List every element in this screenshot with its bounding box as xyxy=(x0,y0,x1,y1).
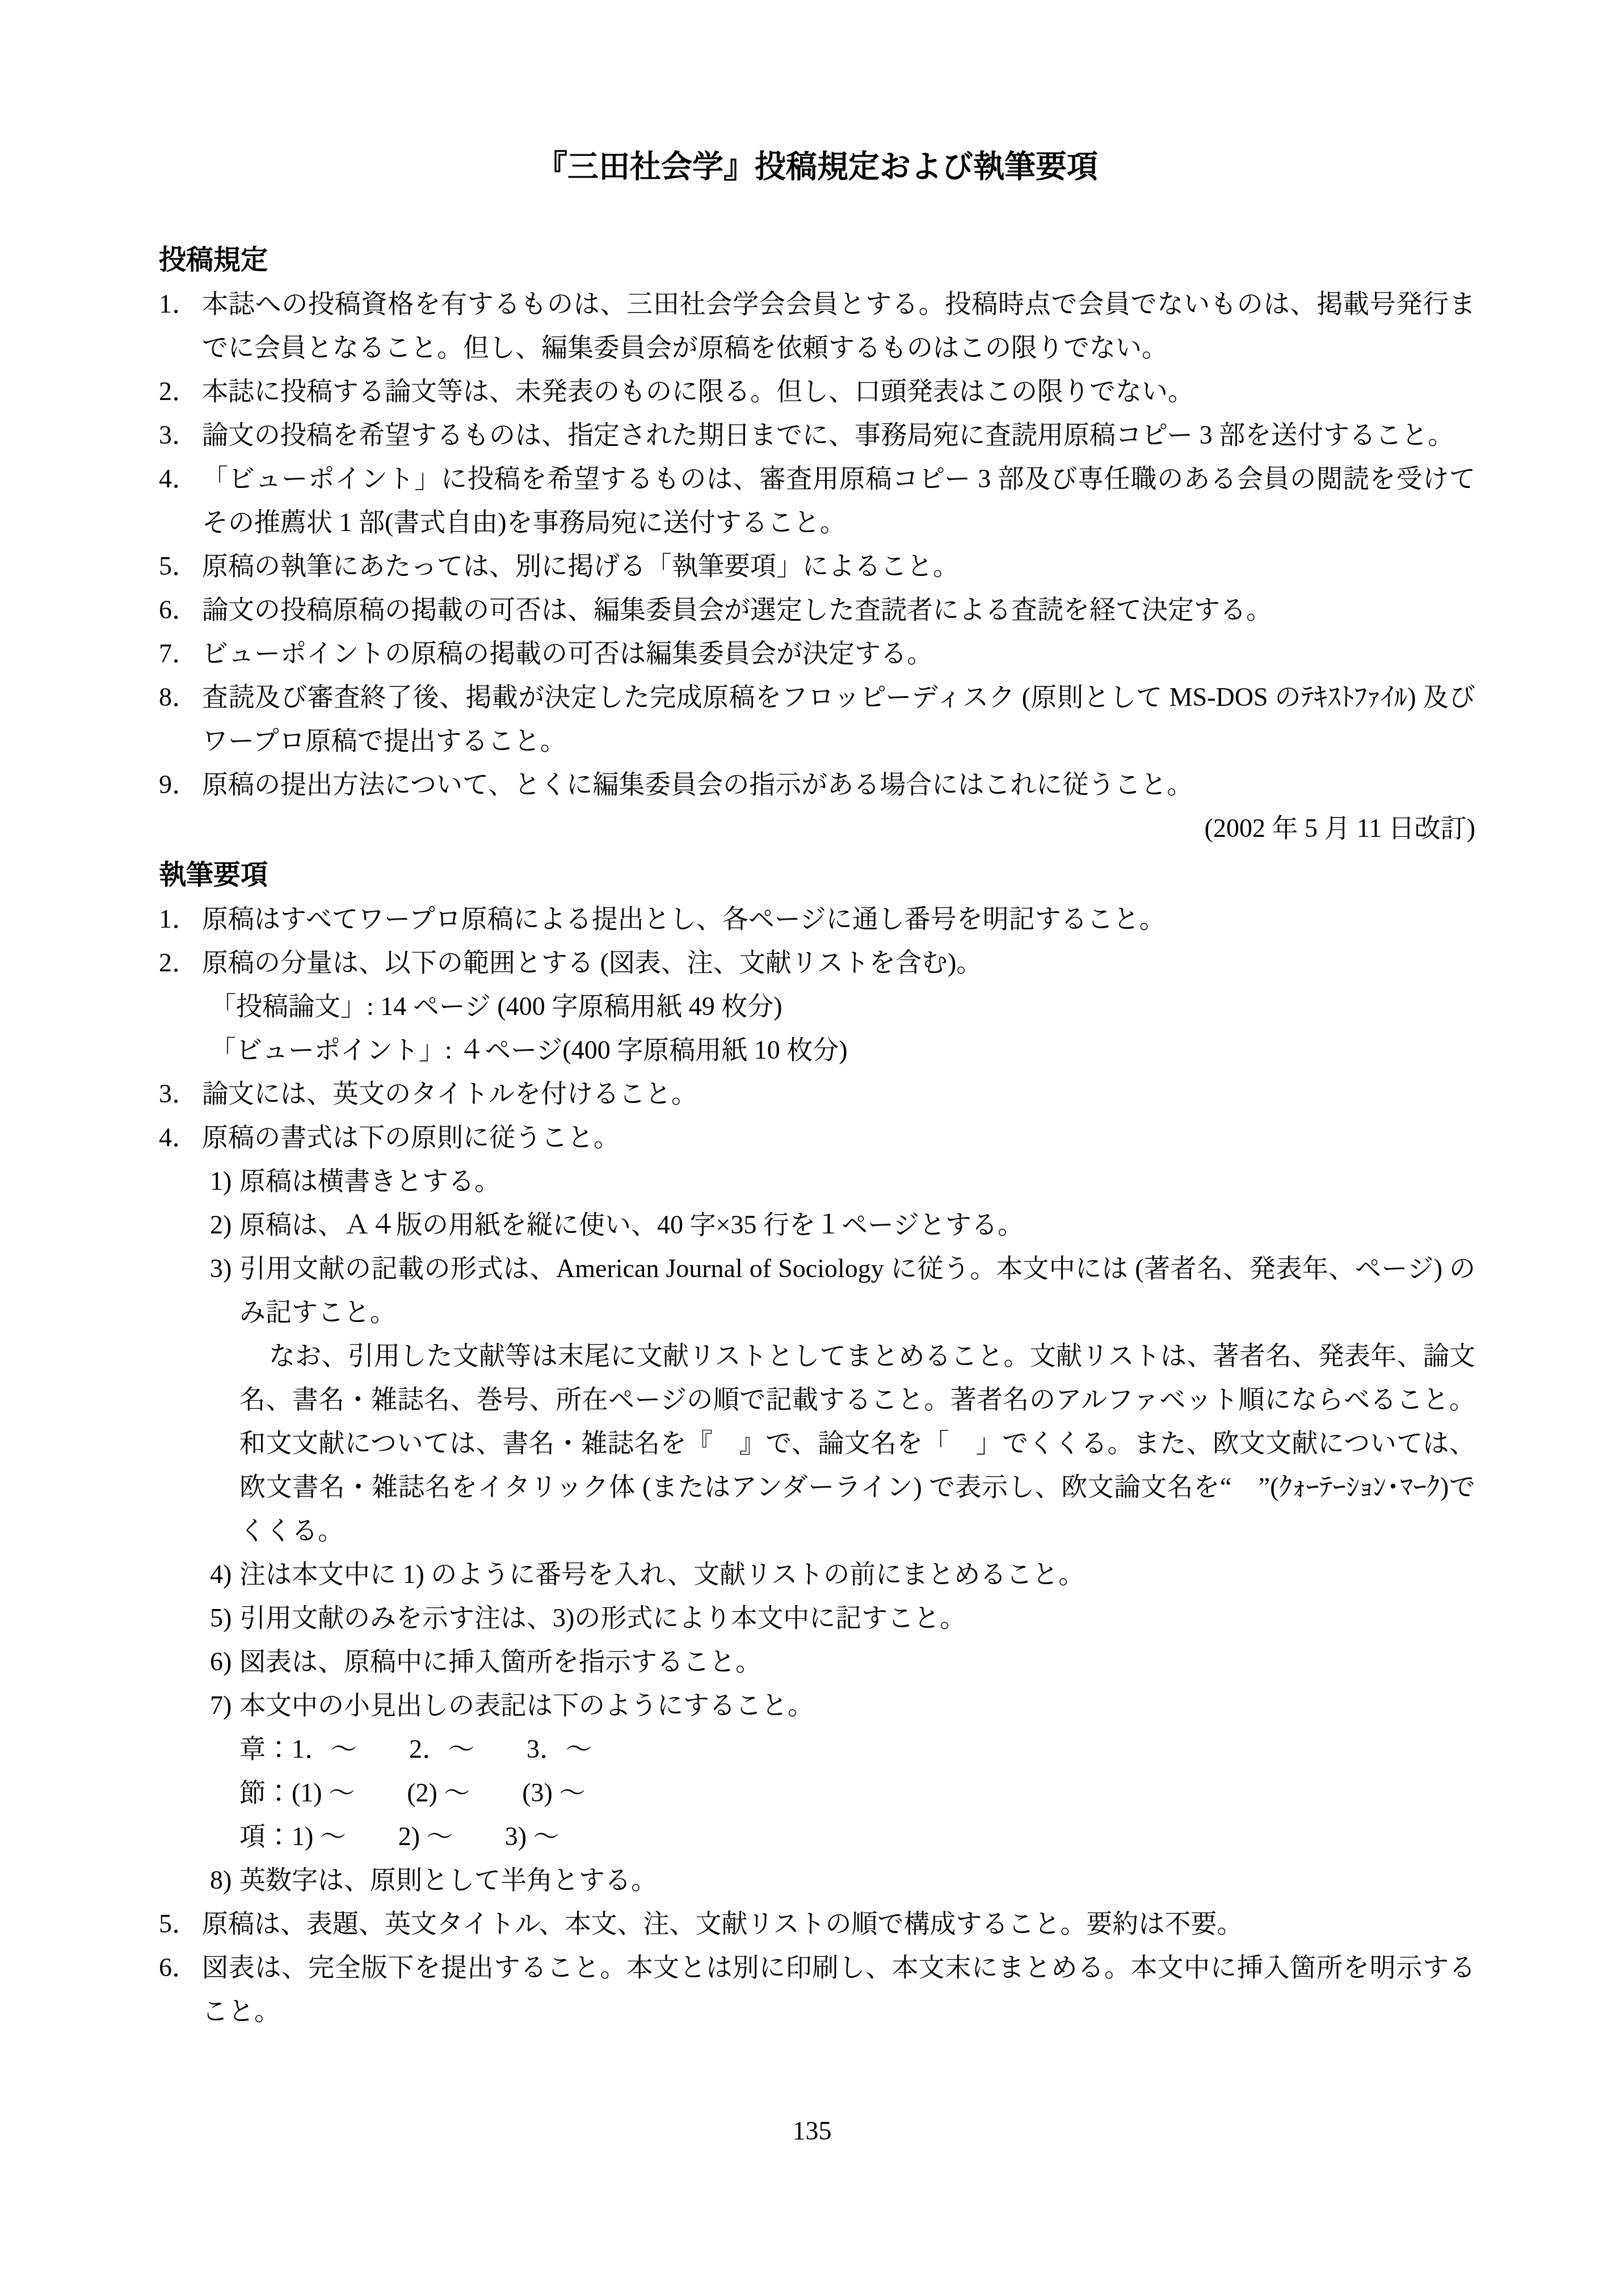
list-item: 4． 「ビューポイント」に投稿を希望するものは、審査用原稿コピー 3 部及び専任… xyxy=(159,457,1475,544)
section-submission-rules: 投稿規定 1． 本誌への投稿資格を有するものは、三田社会学会会員とする。投稿時点… xyxy=(159,238,1475,850)
item-number: 9． xyxy=(159,763,198,806)
item-text: 原稿はすべてワープロ原稿による提出とし、各ページに通し番号を明記すること。 xyxy=(202,904,1166,933)
item-text: ビューポイントの原稿の掲載の可否は編集委員会が決定する。 xyxy=(202,639,933,668)
list-item: 2． 本誌に投稿する論文等は、未発表のものに限る。但し、口頭発表はこの限りでない… xyxy=(159,369,1475,413)
rule-number: 5) xyxy=(210,1596,232,1640)
list-item: 6． 論文の投稿原稿の掲載の可否は、編集委員会が選定した査読者による査読を経て決… xyxy=(159,588,1475,631)
item-number: 1． xyxy=(159,897,198,941)
item-number: 8． xyxy=(159,675,198,719)
item-text: 原稿の書式は下の原則に従うこと。 xyxy=(202,1123,620,1152)
rule-text: 原稿は、Ａ４版の用紙を縦に使い、40 字×35 行を１ページとする。 xyxy=(239,1210,1024,1239)
item-number: 4． xyxy=(159,1115,198,1159)
rule-number: 2) xyxy=(210,1203,232,1247)
rule-number: 8) xyxy=(210,1858,232,1902)
list-item: 5． 原稿は、表題、英文タイトル、本文、注、文献リストの順で構成すること。要約は… xyxy=(159,1902,1475,1946)
item-text: 本誌に投稿する論文等は、未発表のものに限る。但し、口頭発表はこの限りでない。 xyxy=(202,377,1194,406)
rule-number: 7) xyxy=(210,1683,232,1727)
item-number: 1． xyxy=(159,282,198,326)
page-number: 135 xyxy=(0,2114,1624,2148)
item-text: 原稿の提出方法について、とくに編集委員会の指示がある場合にはこれに従うこと。 xyxy=(202,770,1193,799)
item-number: 2． xyxy=(159,941,198,984)
item-text: 原稿の分量は、以下の範囲とする (図表、注、文献リストを含む)。 xyxy=(202,948,982,977)
manuscript-volume-line: 「ビューポイント」: ４ページ(400 字原稿用紙 10 枚分) xyxy=(210,1028,1475,1072)
list-item: 3． 論文には、英文のタイトルを付けること。 xyxy=(159,1072,1475,1115)
list-item: 1． 原稿はすべてワープロ原稿による提出とし、各ページに通し番号を明記すること。 xyxy=(159,897,1475,941)
rule-text: 原稿は横書きとする。 xyxy=(239,1167,500,1195)
format-rule: 2) 原稿は、Ａ４版の用紙を縦に使い、40 字×35 行を１ページとする。 xyxy=(210,1203,1475,1247)
item-text: 論文の投稿を希望するものは、指定された期日までに、事務局宛に査読用原稿コピー 3… xyxy=(202,420,1454,449)
format-rule: 6) 図表は、原稿中に挿入箇所を指示すること。 xyxy=(210,1640,1475,1683)
format-rule: 8) 英数字は、原則として半角とする。 xyxy=(210,1858,1475,1902)
list-item: 5． 原稿の執筆にあたっては、別に掲げる「執筆要項」によること。 xyxy=(159,544,1475,588)
rule-text: 英数字は、原則として半角とする。 xyxy=(239,1866,657,1894)
format-rule: 3) 引用文献の記載の形式は、American Journal of Socio… xyxy=(210,1247,1475,1334)
item-number: 3． xyxy=(159,413,198,457)
rule-text: 注は本文中に 1) のように番号を入れ、文献リストの前にまとめること。 xyxy=(239,1560,1084,1589)
format-rule: 7) 本文中の小見出しの表記は下のようにすること。 xyxy=(210,1683,1475,1727)
item-number: 5． xyxy=(159,1902,198,1946)
list-item: 3． 論文の投稿を希望するものは、指定された期日までに、事務局宛に査読用原稿コピ… xyxy=(159,413,1475,457)
document-page: 『三田社会学』投稿規定および執筆要項 投稿規定 1． 本誌への投稿資格を有するも… xyxy=(0,0,1624,2295)
heading-example-subsection: 項：1) 〜 2) 〜 3) 〜 xyxy=(239,1814,1475,1858)
section1-heading: 投稿規定 xyxy=(159,238,1475,282)
format-rule: 1) 原稿は横書きとする。 xyxy=(210,1159,1475,1203)
item-text: 「ビューポイント」に投稿を希望するものは、審査用原稿コピー 3 部及び専任職のあ… xyxy=(202,464,1475,537)
rule-number: 6) xyxy=(210,1640,232,1683)
item-text: 論文には、英文のタイトルを付けること。 xyxy=(202,1079,697,1108)
rule-number: 4) xyxy=(210,1552,232,1596)
item-number: 6． xyxy=(159,1946,198,1989)
item-text: 原稿は、表題、英文タイトル、本文、注、文献リストの順で構成すること。要約は不要。 xyxy=(202,1909,1243,1938)
item-text: 論文の投稿原稿の掲載の可否は、編集委員会が選定した査読者による査読を経て決定する… xyxy=(202,595,1272,624)
list-item: 1． 本誌への投稿資格を有するものは、三田社会学会会員とする。投稿時点で会員でな… xyxy=(159,282,1475,369)
rule-text: 引用文献のみを示す注は、3)の形式により本文中に記すこと。 xyxy=(239,1603,966,1632)
revision-note: (2002 年 5 月 11 日改訂) xyxy=(159,806,1475,850)
heading-example-chapter: 章：1．〜 2．〜 3．〜 xyxy=(239,1727,1475,1771)
item-number: 3． xyxy=(159,1072,198,1115)
format-rule: 5) 引用文献のみを示す注は、3)の形式により本文中に記すこと。 xyxy=(210,1596,1475,1640)
list-item: 2． 原稿の分量は、以下の範囲とする (図表、注、文献リストを含む)。 xyxy=(159,941,1475,984)
rule-number: 3) xyxy=(210,1247,232,1290)
item-text: 本誌への投稿資格を有するものは、三田社会学会会員とする。投稿時点で会員でないもの… xyxy=(202,289,1475,362)
list-item: 7． ビューポイントの原稿の掲載の可否は編集委員会が決定する。 xyxy=(159,631,1475,675)
item-text: 図表は、完全版下を提出すること。本文とは別に印刷し、本文末にまとめる。本文中に挿… xyxy=(202,1953,1475,2026)
item-text: 原稿の執筆にあたっては、別に掲げる「執筆要項」によること。 xyxy=(202,551,959,580)
list-item: 9． 原稿の提出方法について、とくに編集委員会の指示がある場合にはこれに従うこと… xyxy=(159,763,1475,806)
list-item: 6． 図表は、完全版下を提出すること。本文とは別に印刷し、本文末にまとめる。本文… xyxy=(159,1946,1475,2033)
list-item: 4． 原稿の書式は下の原則に従うこと。 xyxy=(159,1115,1475,1159)
list-item: 8． 査読及び審査終了後、掲載が決定した完成原稿をフロッピーディスク (原則とし… xyxy=(159,675,1475,763)
rule-number: 1) xyxy=(210,1159,232,1203)
format-rule: 4) 注は本文中に 1) のように番号を入れ、文献リストの前にまとめること。 xyxy=(210,1552,1475,1596)
rule-text: 本文中の小見出しの表記は下のようにすること。 xyxy=(239,1691,814,1720)
item-number: 4． xyxy=(159,457,198,500)
item-number: 2． xyxy=(159,369,198,413)
item-number: 7． xyxy=(159,631,198,675)
item-text: 査読及び審査終了後、掲載が決定した完成原稿をフロッピーディスク (原則として M… xyxy=(202,683,1475,755)
section-writing-guidelines: 執筆要項 1． 原稿はすべてワープロ原稿による提出とし、各ページに通し番号を明記… xyxy=(159,853,1475,2033)
rule-text: 引用文献の記載の形式は、American Journal of Sociolog… xyxy=(239,1254,1475,1327)
item-number: 5． xyxy=(159,544,198,588)
rule-text: 図表は、原稿中に挿入箇所を指示すること。 xyxy=(239,1647,761,1676)
citation-note: なお、引用した文献等は末尾に文献リストとしてまとめること。文献リストは、著者名、… xyxy=(239,1334,1475,1552)
heading-example-section: 節：(1) 〜 (2) 〜 (3) 〜 xyxy=(239,1771,1475,1814)
manuscript-volume-line: 「投稿論文」: 14 ページ (400 字原稿用紙 49 枚分) xyxy=(210,984,1475,1028)
item-number: 6． xyxy=(159,588,198,631)
page-title: 『三田社会学』投稿規定および執筆要項 xyxy=(159,145,1475,188)
section2-heading: 執筆要項 xyxy=(159,853,1475,897)
